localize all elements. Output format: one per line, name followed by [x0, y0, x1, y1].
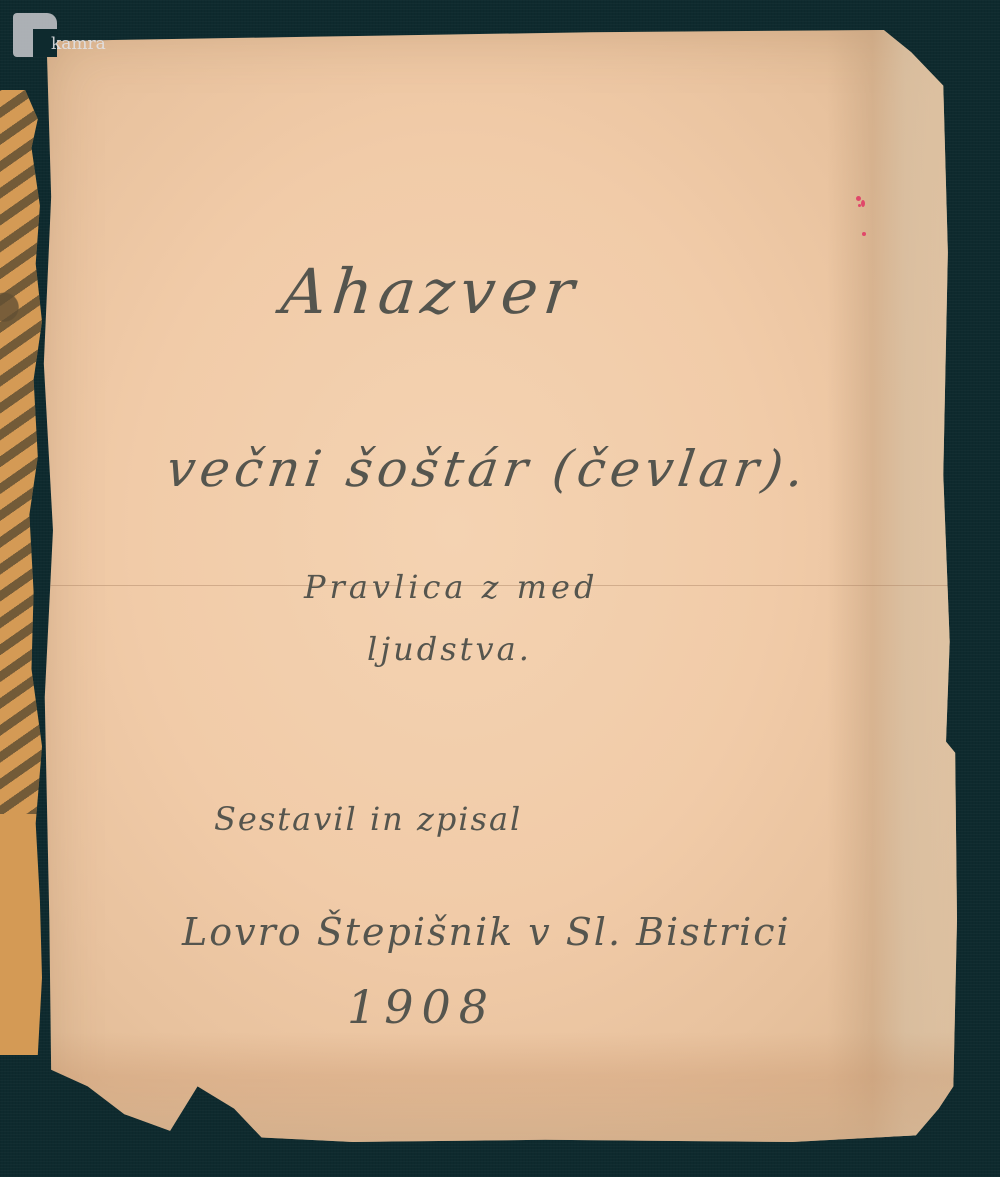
watermark-logo: kamra: [13, 13, 106, 57]
decorative-cover-strip: [0, 90, 42, 1055]
genre-line-2: ljudstva.: [367, 630, 532, 668]
bottom-edge-stain: [42, 1032, 957, 1142]
credit-line: Sestavil in zpisal: [214, 800, 522, 838]
year-line: 1908: [347, 980, 496, 1034]
genre-line-1: Pravlica z med: [304, 568, 598, 606]
manuscript-subtitle: večni šoštár (čevlar).: [163, 440, 813, 498]
manuscript-page: Ahazver večni šoštár (čevlar). Pravlica …: [42, 30, 957, 1142]
right-edge-stain: [827, 30, 957, 1142]
manuscript-title: Ahazver: [278, 255, 583, 328]
watermark-text: kamra: [51, 34, 106, 54]
cover-pattern: [0, 90, 42, 814]
author-line: Lovro Štepišnik v Sl. Bistrici: [182, 910, 791, 954]
pink-stain-marks: [854, 196, 868, 240]
